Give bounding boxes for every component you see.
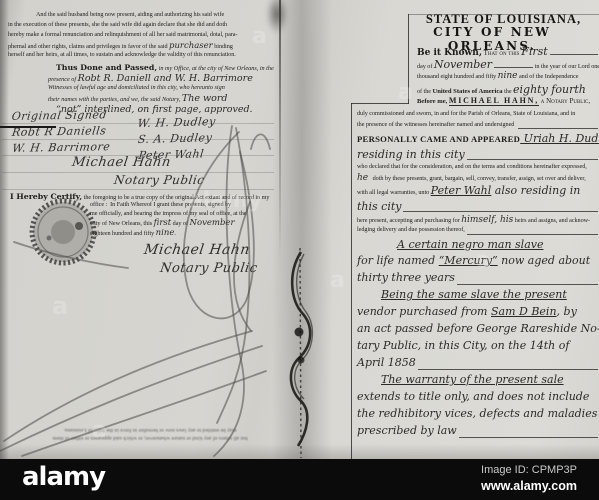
fold-crease — [279, 0, 281, 260]
text-line: A certain negro man slave — [357, 238, 599, 254]
inverted-text-line: but all others of any kind or nature wha… — [24, 434, 276, 442]
text-line: their names with the parties, and we, th… — [48, 93, 278, 104]
text-line: with all legal warranties, unto Peter Wa… — [357, 184, 599, 200]
ruled-line — [2, 189, 274, 190]
text-line: Thus Done and Passed, in my Office, at t… — [48, 63, 278, 73]
ruled-line — [2, 139, 274, 140]
witness-signatures-left: Original SignedRobt R DaniellsW. H. Barr… — [12, 107, 111, 157]
text-line: of the United States of America the eigh… — [417, 83, 599, 96]
text-line: eighteen hundred and fifty nine. — [90, 228, 260, 238]
image-id-label: Image ID: CPMP3P — [481, 464, 577, 476]
text-line: office : In Faith Whereof I grant these … — [90, 201, 260, 210]
text-line: The warranty of the present sale — [357, 373, 599, 390]
text-line: thousand eight hundred and fifty nine an… — [417, 71, 599, 83]
alamy-website-label: www.alamy.com — [481, 479, 577, 493]
ruled-line — [2, 172, 274, 173]
text-line: residing in this city — [357, 148, 599, 163]
text-line: City of New Orleans, this first day of N… — [90, 218, 260, 228]
text-line: day of Novemberin the year of our Lord o… — [417, 58, 599, 71]
text-line: Witnesses of lawful age and domiciliated… — [48, 84, 278, 94]
inverted-text-line: may be entitled to any laws now or herea… — [24, 426, 276, 434]
text-line: phernal and other rights, claims and pri… — [8, 41, 278, 51]
text-line: thirty three years — [357, 271, 599, 288]
text-line: Before me, MICHAEL HAHN, a Notary Public… — [417, 96, 599, 110]
text-line: ledging delivery and due possession ther… — [357, 226, 599, 238]
text-line: an act passed before George Rareshide No… — [357, 322, 599, 339]
page-gutter — [272, 0, 332, 461]
text-line: duly commissioned and sworn, in and for … — [357, 110, 599, 121]
ruled-line — [2, 123, 274, 124]
certification-paragraph: office : In Faith Whereof I grant these … — [90, 201, 260, 238]
text-line: here present, accepting and purchasing f… — [357, 215, 599, 226]
text-line: PERSONALLY CAME AND APPEARED Uriah H. Du… — [357, 132, 599, 148]
text-line: herself and her heirs, at all times, to … — [8, 51, 278, 61]
stock-photo-document: And the said husband being now present, … — [0, 0, 599, 500]
notary-name-signature: Michael Hahn — [71, 156, 172, 170]
alamy-footer-bar: alamy Image ID: CPMP3P www.alamy.com — [0, 459, 599, 500]
text-line: extends to title only, and does not incl… — [357, 390, 599, 407]
text-line: tary Public, in this City, on the 14th o… — [357, 339, 599, 356]
text-line: prescribed by law — [357, 424, 599, 441]
text-line: And the said husband being now present, … — [8, 11, 278, 21]
act-of-sale-form: Be it Known, That on this Firstday of No… — [352, 45, 599, 441]
text-line: Be it Known, That on this First — [417, 45, 599, 58]
text-line: he doth by these presents, grant, bargai… — [357, 173, 599, 184]
text-line: in the execution of these presents, she … — [8, 21, 278, 31]
inverted-print-note: but all others of any kind or nature wha… — [24, 426, 276, 441]
ink-line — [0, 126, 56, 128]
text-line: the presence of the witnesses hereinafte… — [357, 121, 599, 132]
text-line: the redhibitory vices, defects and malad… — [357, 407, 599, 424]
ruled-line — [2, 155, 274, 156]
michael-hahn-signature: Michael Hahn — [143, 243, 251, 258]
text-line: vendor purchased from Sam D Bein, by — [357, 305, 599, 322]
text-line: hereby make a formal renunciation and re… — [8, 31, 278, 41]
renunciation-paragraph: And the said husband being now present, … — [8, 11, 278, 61]
text-line: who declared that for the consideration,… — [357, 163, 599, 173]
text-line: presence of Robt R. Daniell and W. H. Ba… — [48, 73, 278, 84]
text-line: for life named “Mercury” now aged about — [357, 254, 599, 271]
paper-left-edge — [0, 0, 9, 461]
notary-title-signature: Notary Public — [113, 174, 205, 187]
text-line: Being the same slave the present — [357, 288, 599, 305]
text-line: April 1858 — [357, 356, 599, 373]
notarial-seal-icon — [27, 196, 99, 268]
text-line: me officially, and bearing the impress o… — [90, 210, 260, 219]
alamy-logo: alamy — [22, 462, 105, 492]
text-line: this city — [357, 200, 599, 215]
notary-public-signature: Notary Public — [159, 262, 258, 276]
